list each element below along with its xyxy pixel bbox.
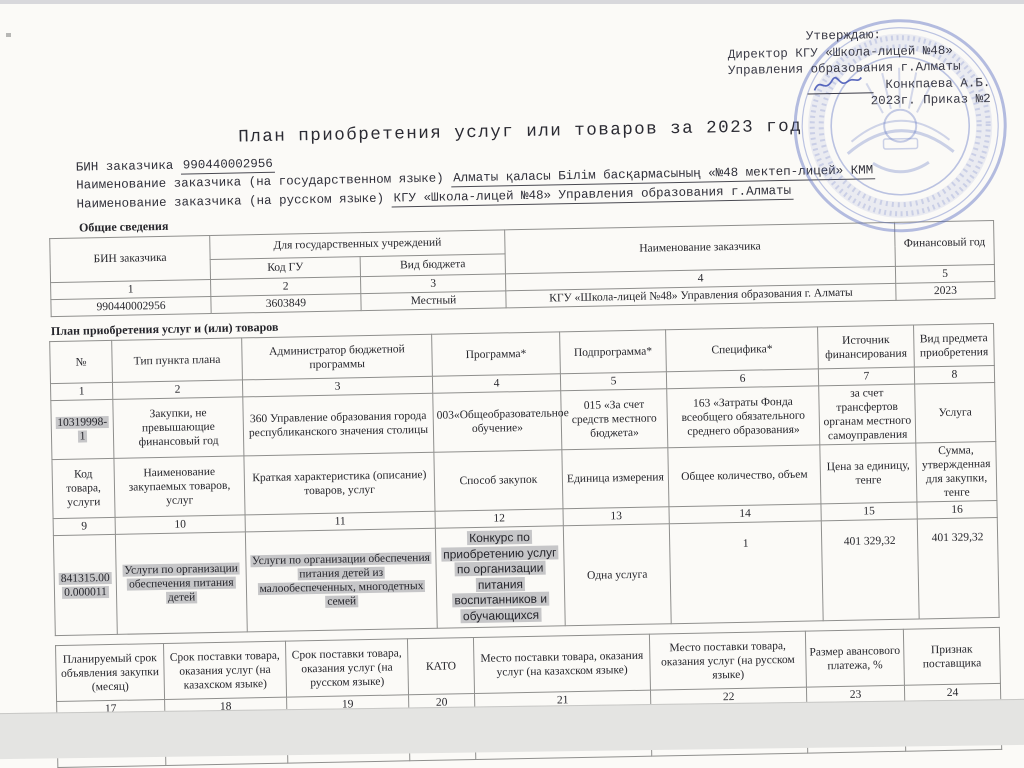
procurement-plan-table: № Тип пункта плана Администратор бюджетн… <box>49 323 999 636</box>
bin-value: 990440002956 <box>181 156 275 174</box>
data-cell: 015 «За счет средств местного бюджета» <box>561 389 668 450</box>
signature-underline <box>808 79 874 94</box>
data-cell: 990440002956 <box>51 297 211 317</box>
table-row: 841315.000.000011 Услуги по организации … <box>53 518 999 636</box>
num-cell: 9 <box>53 518 115 536</box>
header-cell: Специфика* <box>666 327 819 372</box>
header-cell: Источник финансирования <box>818 325 915 369</box>
data-cell: Местный <box>361 291 506 311</box>
data-cell: 2023 <box>896 281 995 300</box>
header-cell: Код товара, услуги <box>52 459 115 519</box>
header-cell: Срок поставки товара, оказания услуг (на… <box>164 641 287 699</box>
data-cell: 003«Общеобразовательное обучение» <box>433 391 562 453</box>
data-cell: 841315.000.000011 <box>53 535 117 636</box>
data-cell: 163 «Затраты Фонда всеобщего обязательно… <box>667 386 820 448</box>
num-cell: 5 <box>560 372 666 391</box>
header-cell: Сумма, утвержденная для закупки, тенге <box>916 442 997 503</box>
num-cell: 16 <box>917 501 997 520</box>
header-cell: Администратор бюджетной программы <box>242 334 433 380</box>
data-cell: за счет трансфертов органам местного сам… <box>819 384 916 445</box>
header-cell: Способ закупок <box>434 450 563 512</box>
signature-icon <box>812 71 864 94</box>
header-cell: Цена за единицу, тенге <box>820 443 917 504</box>
header-cell: КАТО <box>407 638 474 695</box>
service-code: 841315.000.000011 <box>59 572 112 599</box>
header-cell: Срок поставки товара, оказания услуг (на… <box>285 639 408 697</box>
data-cell: Услуги по организации обеспечения питани… <box>115 532 247 634</box>
bin-label: БИН заказчика <box>76 158 174 174</box>
data-cell: Конкурс по приобретению услуг по организ… <box>435 526 565 628</box>
data-cell: Одна услуга <box>563 524 671 626</box>
signatory-name: Конкпаева А.Б. <box>885 76 990 92</box>
data-cell: Услуга <box>915 383 996 444</box>
num-cell: 5 <box>895 264 994 283</box>
approval-block: Утверждаю: Директор КГУ «Школа-лицей №48… <box>727 25 991 113</box>
header-cell: Единица измерения <box>562 448 669 509</box>
num-cell: 13 <box>563 507 669 526</box>
header-cell: Место поставки товара, оказания услуг (н… <box>649 631 806 690</box>
header-cell: Вид предмета приобретения <box>914 324 995 368</box>
header-cell: БИН заказчика <box>50 236 211 283</box>
header-cell: Место поставки товара, оказания услуг (н… <box>473 634 650 693</box>
data-cell: 401 329,32 <box>917 518 999 620</box>
data-cell: 1 <box>669 521 823 624</box>
data-cell: Услуги по организации обеспечения питани… <box>245 528 437 632</box>
name-ru-label: Наименование заказчика (на русском языке… <box>76 191 384 211</box>
num-cell: 15 <box>821 502 917 521</box>
service-description: Услуги по организации обеспечения питани… <box>250 551 432 607</box>
header-cell: Тип пункта плана <box>112 338 243 382</box>
header-cell: Планируемый срок объявления закупки (мес… <box>56 644 165 702</box>
header-cell: Размер авансового платежа, % <box>805 629 904 687</box>
num-cell: 1 <box>50 382 112 400</box>
header-cell: Подпрограмма* <box>560 330 667 374</box>
num-cell: 7 <box>818 367 914 386</box>
header-cell: Программа* <box>432 332 561 376</box>
scan-artifact-dot <box>6 33 11 37</box>
procurement-method: Конкурс по приобретению услуг по организ… <box>441 530 559 623</box>
data-cell: 360 Управление образования города респуб… <box>243 393 434 456</box>
service-name: Услуги по организации обеспечения питани… <box>122 562 240 603</box>
plan-item-number: 10319998-1 <box>55 416 109 443</box>
data-cell: Закупки, не превышающие финансовый год <box>113 397 244 459</box>
header-cell: Краткая характеристика (описание) товаро… <box>244 452 435 515</box>
header-cell: Признак поставщика <box>903 628 1000 686</box>
data-cell: 401 329,32 <box>821 519 919 621</box>
scanned-document-page: Утверждаю: Директор КГУ «Школа-лицей №48… <box>43 0 1007 736</box>
num-cell: 8 <box>914 366 994 385</box>
header-cell: № <box>50 340 113 383</box>
header-cell: Вид бюджета <box>360 254 505 277</box>
data-cell: 10319998-1 <box>51 399 114 459</box>
header-cell: Наименование закупаемых товаров, услуг <box>114 456 245 518</box>
header-cell: Общее количество, объем <box>668 445 821 507</box>
data-cell: 3603849 <box>211 294 361 314</box>
